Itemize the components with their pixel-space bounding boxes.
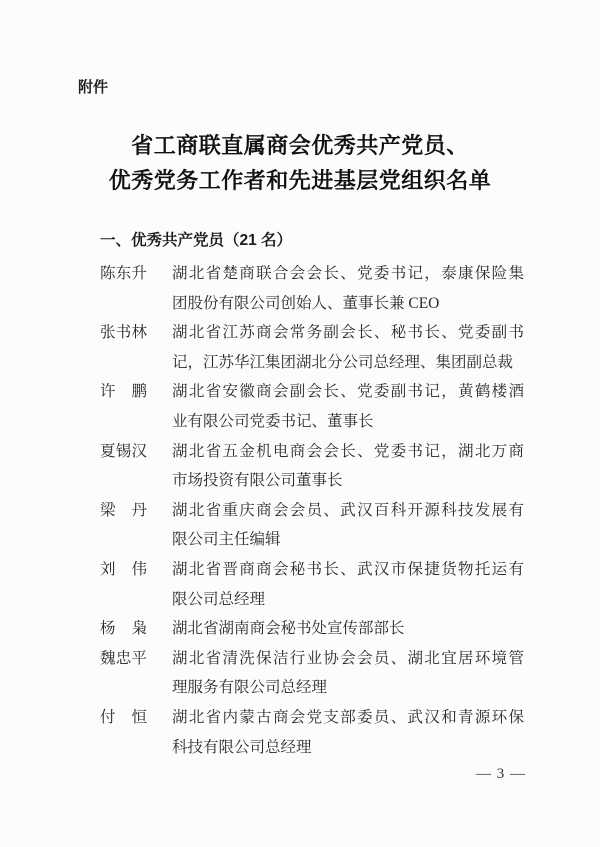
member-name: 刘伟 <box>100 555 147 585</box>
document-page: 附件 省工商联直属商会优秀共产党员、 优秀党务工作者和先进基层党组织名单 一、优… <box>0 0 600 847</box>
member-description-line: 湖北省江苏商会常务副会长、秘书长、党委副书 <box>172 318 524 348</box>
document-title-line2: 优秀党务工作者和先进基层党组织名单 <box>0 163 600 198</box>
member-description: 湖北省江苏商会常务副会长、秘书长、党委副书记，江苏华江集团湖北分公司总经理、集团… <box>172 318 524 377</box>
list-item: 夏锡汉湖北省五金机电商会会长、党委书记，湖北万商市场投资有限公司董事长 <box>100 437 524 496</box>
member-name: 陈东升 <box>100 259 147 289</box>
list-item: 付恒湖北省内蒙古商会党支部委员、武汉和青源环保科技有限公司总经理 <box>100 703 524 762</box>
member-description-line: 市场投资有限公司董事长 <box>172 466 524 496</box>
list-item: 杨枭湖北省湖南商会秘书处宣传部部长 <box>100 614 524 644</box>
member-name: 付恒 <box>100 703 147 733</box>
member-description-line: 湖北省重庆商会会员、武汉百科开源科技发展有 <box>172 496 524 526</box>
list-item: 张书林湖北省江苏商会常务副会长、秘书长、党委副书记，江苏华江集团湖北分公司总经理… <box>100 318 524 377</box>
member-description: 湖北省楚商联合会会长、党委书记，泰康保险集团股份有限公司创始人、董事长兼 CEO <box>172 259 524 318</box>
member-description-line: 记，江苏华江集团湖北分公司总经理、集团副总裁 <box>172 348 524 378</box>
member-description-line: 限公司总经理 <box>172 585 524 615</box>
member-description-line: 业有限公司党委书记、董事长 <box>172 407 524 437</box>
member-list: 陈东升湖北省楚商联合会会长、党委书记，泰康保险集团股份有限公司创始人、董事长兼 … <box>100 259 524 762</box>
page-number: — 3 — <box>476 766 526 783</box>
member-description-line: 团股份有限公司创始人、董事长兼 CEO <box>172 289 524 319</box>
document-title-line1: 省工商联直属商会优秀共产党员、 <box>0 128 600 163</box>
list-item: 魏忠平湖北省清洗保洁行业协会会员、湖北宜居环境管理服务有限公司总经理 <box>100 644 524 703</box>
member-description: 湖北省晋商商会秘书长、武汉市保捷货物托运有限公司总经理 <box>172 555 524 614</box>
list-item: 陈东升湖北省楚商联合会会长、党委书记，泰康保险集团股份有限公司创始人、董事长兼 … <box>100 259 524 318</box>
member-description-line: 湖北省楚商联合会会长、党委书记，泰康保险集 <box>172 259 524 289</box>
section-heading: 一、优秀共产党员（21 名） <box>100 228 292 250</box>
member-description: 湖北省清洗保洁行业协会会员、湖北宜居环境管理服务有限公司总经理 <box>172 644 524 703</box>
member-description-line: 理服务有限公司总经理 <box>172 673 524 703</box>
member-description-line: 湖北省清洗保洁行业协会会员、湖北宜居环境管 <box>172 644 524 674</box>
member-description: 湖北省五金机电商会会长、党委书记，湖北万商市场投资有限公司董事长 <box>172 437 524 496</box>
document-title: 省工商联直属商会优秀共产党员、 优秀党务工作者和先进基层党组织名单 <box>0 128 600 198</box>
member-description-line: 湖北省湖南商会秘书处宣传部部长 <box>172 614 524 644</box>
list-item: 梁丹湖北省重庆商会会员、武汉百科开源科技发展有限公司主任编辑 <box>100 496 524 555</box>
member-name: 梁丹 <box>100 496 147 526</box>
member-description-line: 湖北省五金机电商会会长、党委书记，湖北万商 <box>172 437 524 467</box>
member-description-line: 科技有限公司总经理 <box>172 733 524 763</box>
member-description: 湖北省内蒙古商会党支部委员、武汉和青源环保科技有限公司总经理 <box>172 703 524 762</box>
member-name: 魏忠平 <box>100 644 147 674</box>
member-description-line: 湖北省晋商商会秘书长、武汉市保捷货物托运有 <box>172 555 524 585</box>
member-description-line: 湖北省安徽商会副会长、党委副书记，黄鹤楼酒 <box>172 377 524 407</box>
list-item: 许鹏湖北省安徽商会副会长、党委副书记，黄鹤楼酒业有限公司党委书记、董事长 <box>100 377 524 436</box>
member-description: 湖北省重庆商会会员、武汉百科开源科技发展有限公司主任编辑 <box>172 496 524 555</box>
attachment-label: 附件 <box>78 76 108 97</box>
member-description-line: 湖北省内蒙古商会党支部委员、武汉和青源环保 <box>172 703 524 733</box>
member-description: 湖北省安徽商会副会长、党委副书记，黄鹤楼酒业有限公司党委书记、董事长 <box>172 377 524 436</box>
list-item: 刘伟湖北省晋商商会秘书长、武汉市保捷货物托运有限公司总经理 <box>100 555 524 614</box>
member-name: 夏锡汉 <box>100 437 147 467</box>
member-name: 杨枭 <box>100 614 147 644</box>
member-name: 张书林 <box>100 318 147 348</box>
member-name: 许鹏 <box>100 377 147 407</box>
member-description: 湖北省湖南商会秘书处宣传部部长 <box>172 614 524 644</box>
member-description-line: 限公司主任编辑 <box>172 525 524 555</box>
